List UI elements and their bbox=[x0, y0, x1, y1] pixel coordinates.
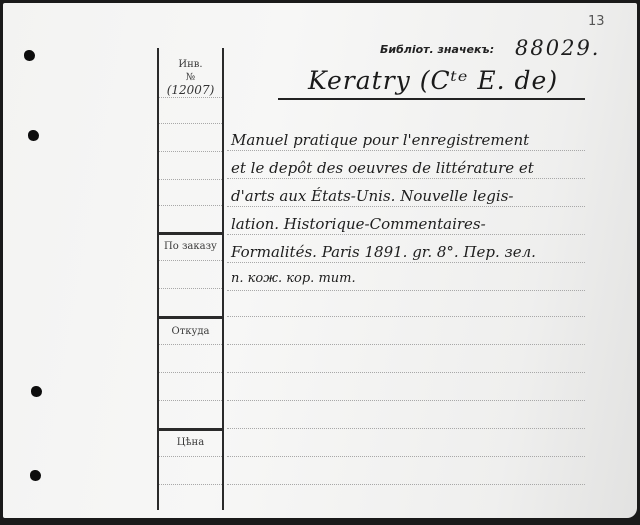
description-line: lation. Historique-Commentaires- bbox=[231, 215, 486, 233]
ruled-line bbox=[227, 150, 585, 151]
description-line: et le depôt des oeuvres de littérature e… bbox=[231, 159, 534, 177]
author-underline bbox=[278, 98, 585, 100]
left-column-border-right bbox=[222, 48, 224, 510]
inventory-label-line1: Инв. bbox=[159, 58, 222, 71]
description-line: Manuel pratique pour l'enregistrement bbox=[231, 131, 529, 149]
ruled-line bbox=[227, 178, 585, 179]
section-divider bbox=[158, 232, 223, 235]
author-heading: Keratry (Cᵗᵉ E. de) bbox=[308, 66, 558, 95]
left-rule bbox=[159, 372, 222, 373]
section-divider bbox=[158, 428, 223, 431]
catalog-card: 13 Библiот. значекъ: 88029. Keratry (Cᵗᵉ… bbox=[3, 3, 637, 518]
inventory-number: (12007) bbox=[159, 83, 222, 97]
card-number: 13 bbox=[588, 14, 605, 29]
ruled-line bbox=[227, 456, 585, 457]
left-rule bbox=[159, 344, 222, 345]
punch-hole bbox=[28, 130, 39, 141]
left-rule bbox=[159, 456, 222, 457]
ruled-line bbox=[227, 262, 585, 263]
ruled-line bbox=[227, 428, 585, 429]
punch-hole bbox=[31, 386, 42, 397]
description-line: d'arts aux États-Unis. Nouvelle legis- bbox=[231, 187, 513, 205]
library-mark-value: 88029. bbox=[515, 36, 600, 60]
ruled-line bbox=[227, 316, 585, 317]
left-rule bbox=[159, 151, 222, 152]
punch-hole bbox=[30, 470, 41, 481]
left-rule bbox=[159, 484, 222, 485]
left-rule bbox=[159, 400, 222, 401]
left-rule bbox=[159, 179, 222, 180]
ruled-line bbox=[227, 290, 585, 291]
left-rule bbox=[159, 97, 222, 98]
punch-hole bbox=[24, 50, 35, 61]
description-line: п. кож. кор. тит. bbox=[231, 271, 356, 286]
source-label: Откуда bbox=[159, 326, 222, 337]
ruled-line bbox=[227, 206, 585, 207]
ruled-line bbox=[227, 372, 585, 373]
left-rule bbox=[159, 260, 222, 261]
price-label: Цѣна bbox=[159, 437, 222, 448]
by-order-label: По заказу bbox=[159, 241, 222, 252]
section-divider bbox=[158, 316, 223, 319]
ruled-line bbox=[227, 400, 585, 401]
ruled-line bbox=[227, 234, 585, 235]
left-rule bbox=[159, 288, 222, 289]
library-mark-label: Библiот. значекъ: bbox=[380, 43, 494, 56]
inventory-label: Инв. № bbox=[159, 58, 222, 84]
ruled-line bbox=[227, 344, 585, 345]
ruled-line bbox=[227, 484, 585, 485]
left-rule bbox=[159, 123, 222, 124]
left-rule bbox=[159, 205, 222, 206]
description-line: Formalités. Paris 1891. gr. 8°. Пер. зел… bbox=[231, 243, 536, 261]
